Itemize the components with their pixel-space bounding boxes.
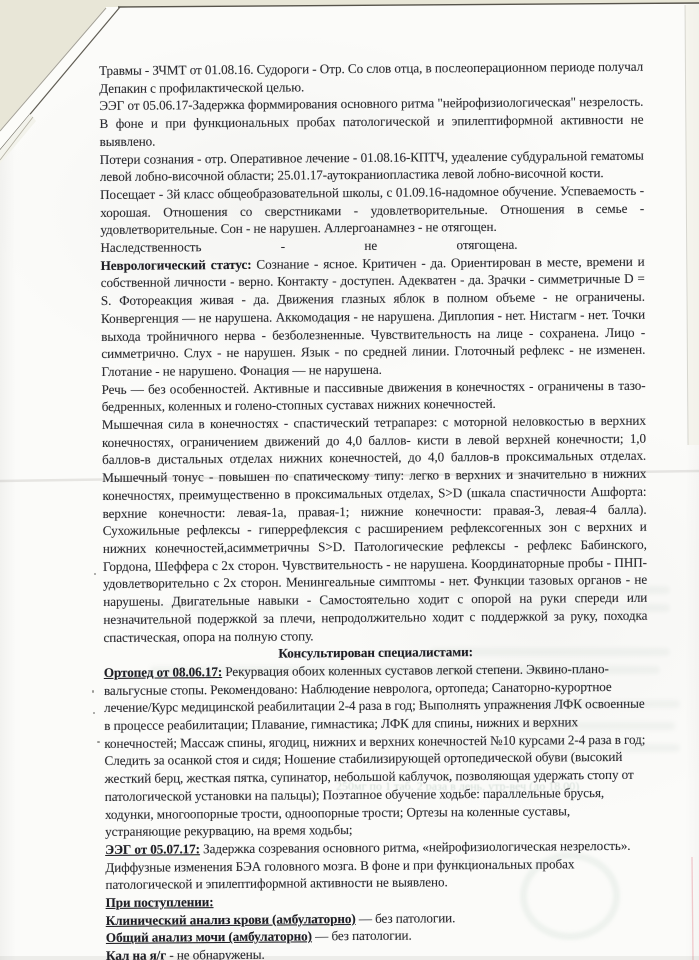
neuro-status-label: Неврологический статус:	[101, 257, 252, 273]
ink-speck	[93, 712, 95, 714]
scanned-medical-document: { "page": { "background_color": "#e8e6d7…	[0, 0, 699, 960]
paragraph-eeg-2017-07: ЭЭГ от 05.07.17: Задержка созревания осн…	[105, 837, 649, 894]
document-text: Травмы - ЗЧМТ от 01.08.16. Судороги - От…	[99, 58, 650, 960]
blood-test-result: — без патологии.	[356, 910, 456, 926]
paragraph-speech: Речь — без особенностей. Активные и пасс…	[102, 376, 646, 416]
blood-test-label: Клинический анализ крови (амбулаторно)	[106, 911, 356, 928]
orthopedist-date-label: Ортопед от 08.06.17:	[104, 664, 222, 680]
heredity-word: отягощена.	[456, 236, 517, 254]
paragraph-muscle-strength: Мышечная сила в конечностях - спастическ…	[102, 412, 648, 646]
paragraph-injuries: Травмы - ЗЧМТ от 01.08.16. Судороги - От…	[99, 58, 643, 98]
urine-test-label: Общий анализ мочи (амбулаторно)	[106, 929, 312, 946]
stool-test-result: - не обнаружены.	[166, 947, 265, 960]
paragraph-surgery: Потери сознания - отр. Оперативное лечен…	[100, 146, 644, 186]
admission-label: При поступлении:	[106, 894, 214, 910]
heredity-dash: -	[281, 238, 285, 256]
paragraph-orthopedist: Ортопед от 08.06.17: Рекурвация обоих ко…	[104, 660, 649, 841]
ink-speck	[97, 741, 100, 743]
heredity-word: Наследственность	[100, 238, 201, 256]
urine-test-result: — без патологии.	[312, 928, 412, 944]
paragraph-neuro-status: Неврологический статус: Сознание - ясное…	[101, 252, 646, 380]
paragraph-school: Посещает - 3й класс общеобразовательной …	[100, 182, 644, 239]
ink-speck	[94, 573, 96, 575]
orthopedist-text: Рекурвация обоих коленных суставов легко…	[104, 661, 645, 839]
stool-test-label: Кал на я/г	[106, 948, 166, 960]
heredity-word: не	[364, 237, 377, 255]
eeg-date-label: ЭЭГ от 05.07.17:	[105, 841, 200, 857]
paragraph-eeg-2017-06: ЭЭГ от 05.06.17-Задержка форммирования о…	[99, 93, 643, 150]
ink-speck	[92, 690, 94, 693]
